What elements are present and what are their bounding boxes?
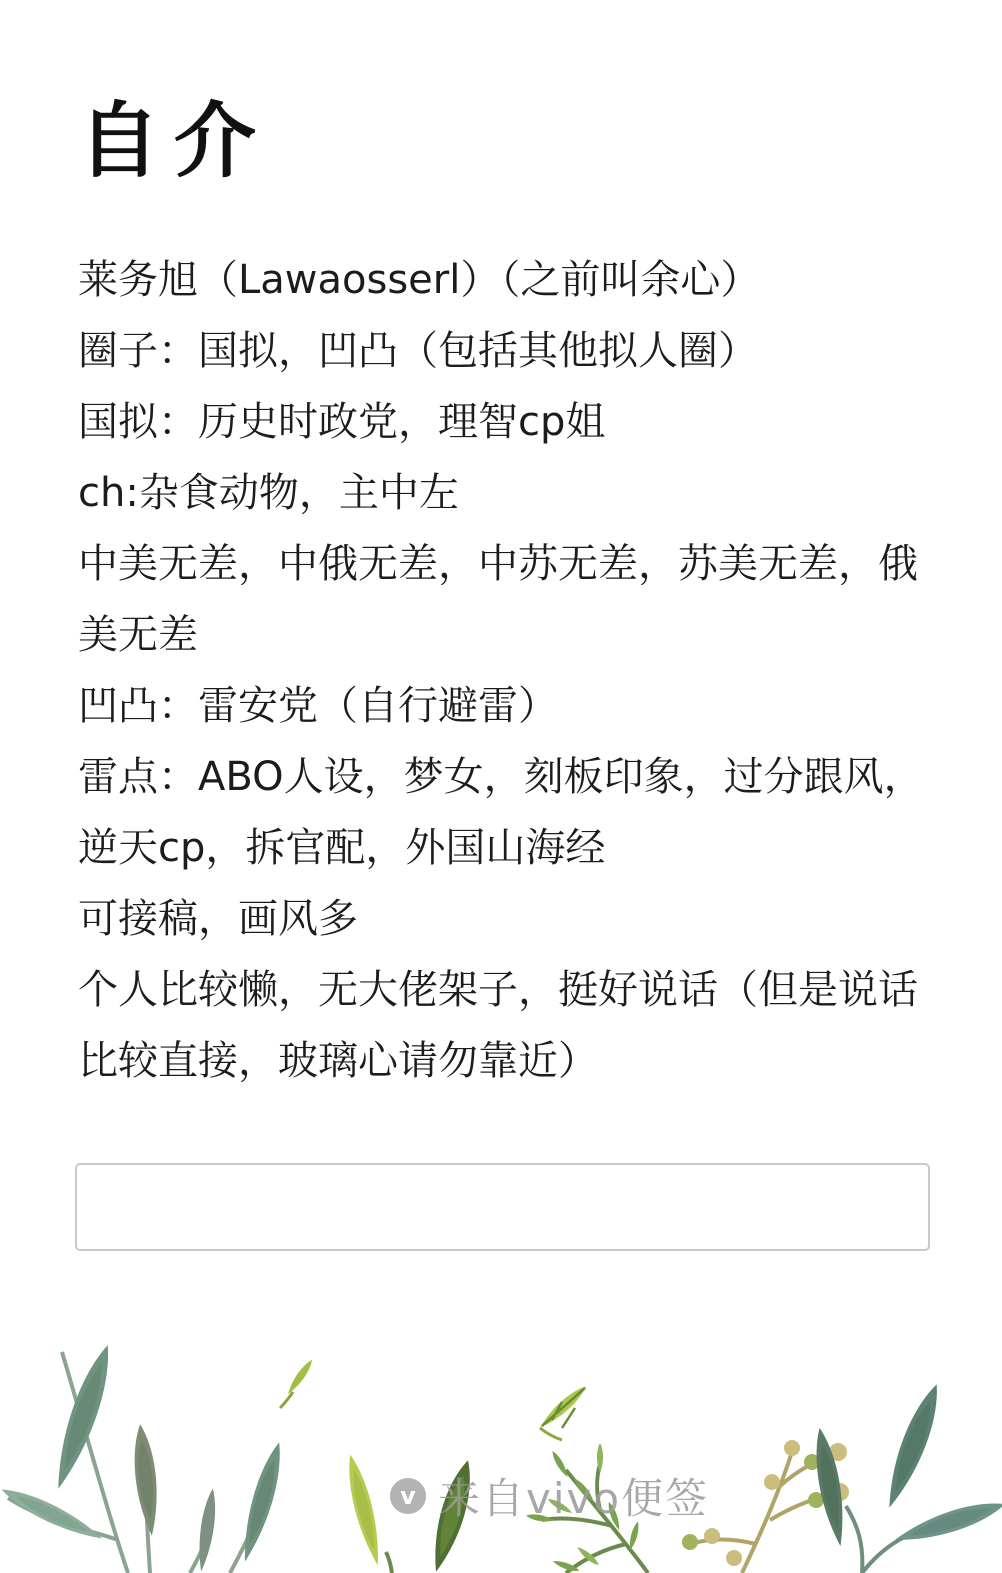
vivo-logo-icon: v — [390, 1478, 426, 1514]
note-line: 莱务旭（Lawaosserl）（之前叫余心） — [78, 245, 938, 316]
note-line: ch:杂食动物，主中左 — [78, 458, 938, 529]
note-line: 个人比较懒，无大佬架子，挺好说话（但是说话比较直接，玻璃心请勿靠近） — [78, 955, 938, 1097]
note-title: 自介 — [78, 0, 932, 193]
watermark: v 来自vivo便签 — [390, 1466, 709, 1526]
note-line: 可接稿，画风多 — [78, 884, 938, 955]
watermark-text: 来自vivo便签 — [438, 1466, 709, 1526]
attachment-box[interactable] — [75, 1163, 930, 1251]
note-content: 自介 莱务旭（Lawaosserl）（之前叫余心） 圈子：国拟，凹凸（包括其他拟… — [0, 0, 1002, 1251]
note-body: 莱务旭（Lawaosserl）（之前叫余心） 圈子：国拟，凹凸（包括其他拟人圈）… — [78, 245, 938, 1097]
note-line: 凹凸：雷安党（自行避雷） — [78, 671, 938, 742]
note-line: 圈子：国拟，凹凸（包括其他拟人圈） — [78, 316, 938, 387]
note-line: 中美无差，中俄无差，中苏无差，苏美无差，俄美无差 — [78, 529, 938, 671]
note-page: 自介 莱务旭（Lawaosserl）（之前叫余心） 圈子：国拟，凹凸（包括其他拟… — [0, 0, 1002, 1573]
note-line: 雷点：ABO人设，梦女，刻板印象，过分跟风，逆天cp，拆官配，外国山海经 — [78, 742, 938, 884]
note-line: 国拟：历史时政党，理智cp姐 — [78, 387, 938, 458]
watercolor-leaves-decoration — [0, 1330, 1002, 1573]
